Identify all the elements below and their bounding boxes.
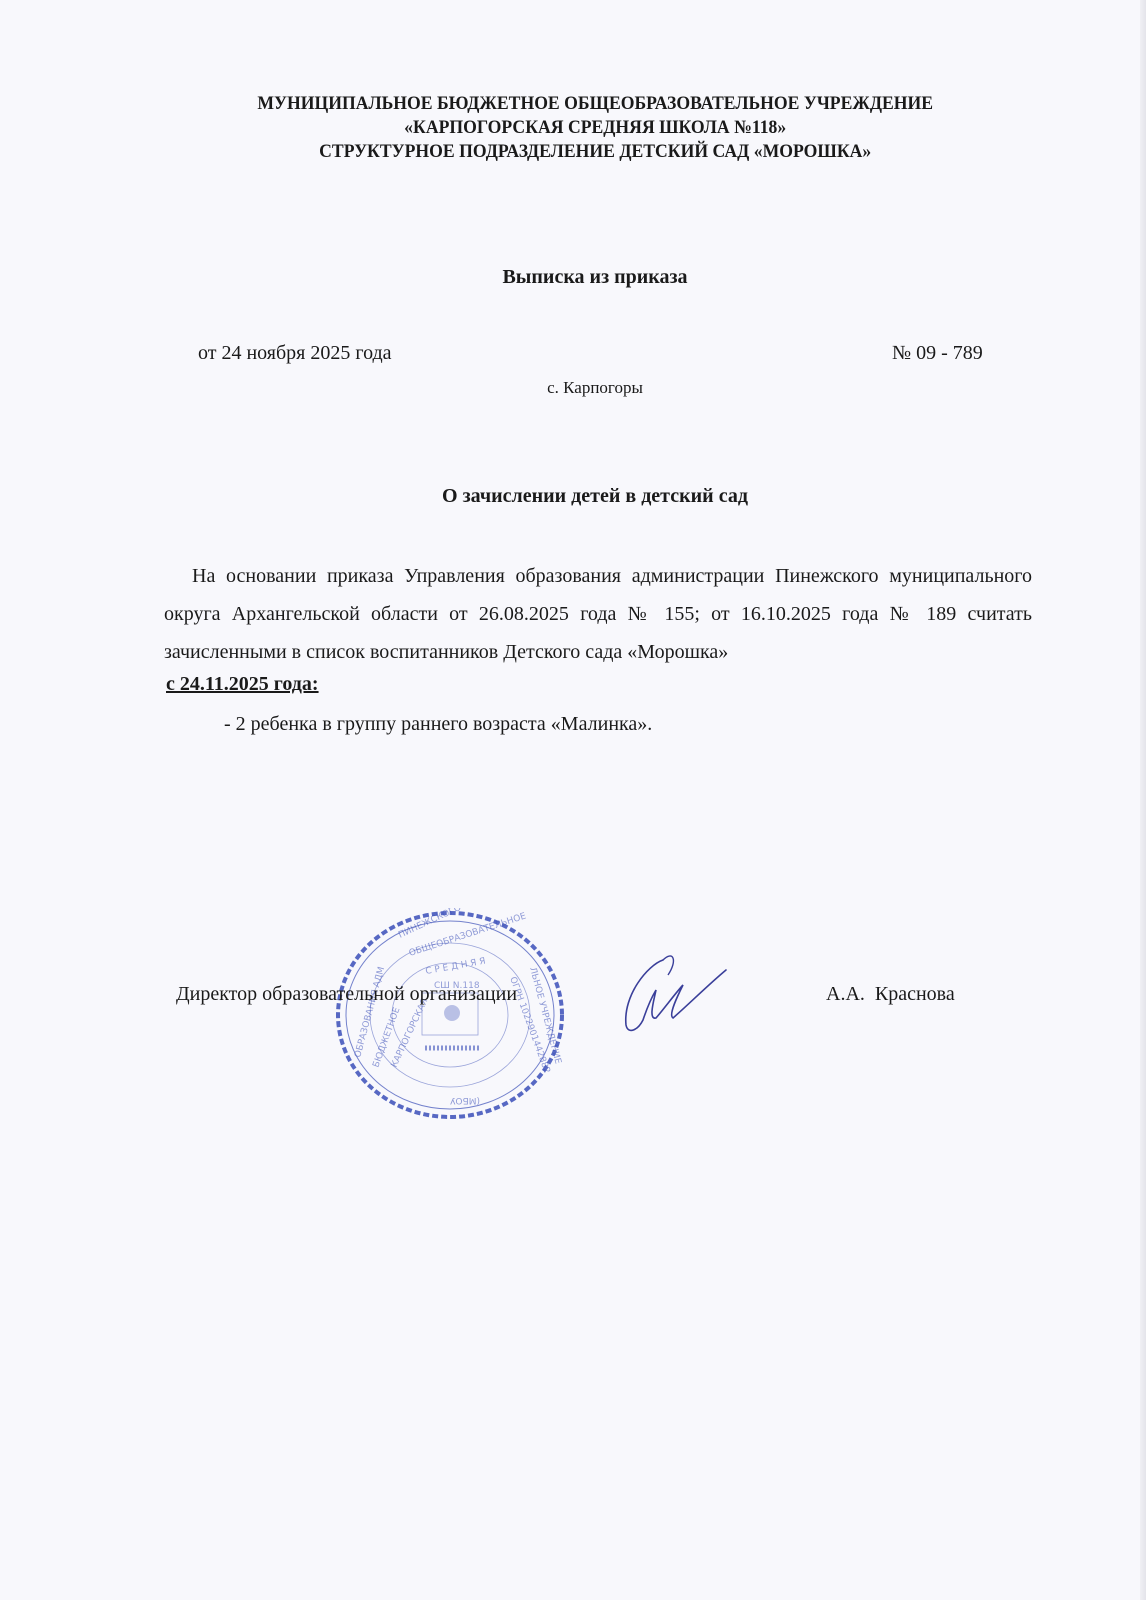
svg-text:С Р Е Д Н Я Я: С Р Е Д Н Я Я [425, 957, 487, 977]
signatory-name: А.А. Краснова [826, 983, 955, 1006]
enrollment-date: с 24.11.2025 года: [166, 673, 319, 696]
header-line-1: МУНИЦИПАЛЬНОЕ БЮДЖЕТНОЕ ОБЩЕОБРАЗОВАТЕЛЬ… [42, 92, 1146, 116]
svg-text:(МБОУ: (МБОУ [449, 1095, 480, 1105]
header-line-2: «КАРПОГОРСКАЯ СРЕДНЯЯ ШКОЛА №118» [42, 116, 1146, 140]
handwritten-signature-icon [618, 940, 738, 1040]
signatory-role: Директор образовательной организации [176, 983, 517, 1006]
organization-header: МУНИЦИПАЛЬНОЕ БЮДЖЕТНОЕ ОБЩЕОБРАЗОВАТЕЛЬ… [42, 92, 1146, 164]
order-place: с. Карпогоры [0, 378, 1146, 398]
order-date: от 24 ноября 2025 года [198, 342, 392, 365]
order-number: № 09 - 789 [892, 342, 983, 365]
enrollment-item: - 2 ребенка в группу раннего возраста «М… [224, 713, 652, 736]
page-edge [1140, 0, 1146, 1600]
official-stamp-icon: ПИНЕЖСКОГО МУНИЦ ОБЩЕОБРАЗОВАТЕЛЬНОЕ С Р… [330, 908, 570, 1123]
header-line-3: СТРУКТУРНОЕ ПОДРАЗДЕЛЕНИЕ ДЕТСКИЙ САД «М… [42, 140, 1146, 164]
document-title: Выписка из приказа [0, 266, 1146, 289]
order-body: На основании приказа Управления образова… [164, 557, 1032, 671]
order-subject: О зачислении детей в детский сад [0, 485, 1146, 508]
document-page: МУНИЦИПАЛЬНОЕ БЮДЖЕТНОЕ ОБЩЕОБРАЗОВАТЕЛЬ… [0, 0, 1146, 1600]
